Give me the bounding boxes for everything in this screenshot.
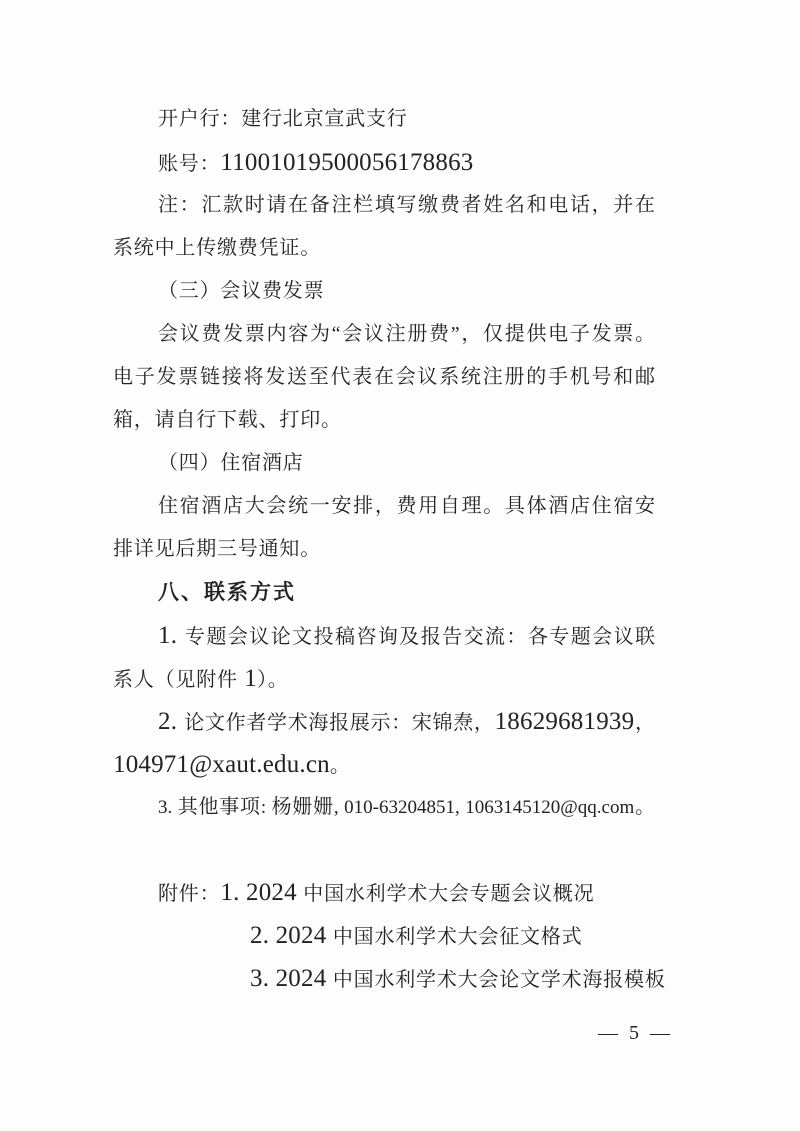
- invoice-line-2: 电子发票链接将发送至代表在会议系统注册的手机号和邮: [113, 356, 655, 399]
- blank-spacer: [113, 829, 655, 871]
- remittance-note-line-2: 系统中上传缴费凭证。: [113, 227, 655, 270]
- text-column: 开户行：建行北京宣武支行账号：11001019500056178863注：汇款时…: [113, 98, 655, 1000]
- document-page: 开户行：建行北京宣武支行账号：11001019500056178863注：汇款时…: [0, 0, 800, 1131]
- section-4-heading: （四）住宿酒店: [113, 442, 655, 485]
- account-number-line: 账号：11001019500056178863: [113, 141, 655, 184]
- contact-1-line-2: 系人（见附件 1）。: [113, 657, 655, 700]
- attachment-line-3: 3. 2024 中国水利学术大会论文学术海报模板: [113, 957, 655, 1000]
- hotel-line-2: 排详见后期三号通知。: [113, 528, 655, 571]
- invoice-line-1: 会议费发票内容为“会议注册费”，仅提供电子发票。: [113, 313, 655, 356]
- remittance-note-line-1: 注：汇款时请在备注栏填写缴费者姓名和电话，并在: [113, 184, 655, 227]
- bank-branch-line: 开户行：建行北京宣武支行: [113, 98, 655, 141]
- hotel-line-1: 住宿酒店大会统一安排，费用自理。具体酒店住宿安: [113, 485, 655, 528]
- contact-1-line-1: 1. 专题会议论文投稿咨询及报告交流：各专题会议联: [113, 614, 655, 657]
- attachment-line-1: 附件：1. 2024 中国水利学术大会专题会议概况: [113, 871, 655, 914]
- invoice-line-3: 箱，请自行下载、打印。: [113, 399, 655, 442]
- contact-3-line: 3. 其他事项: 杨姗姗, 010-63204851, 1063145120@q…: [113, 786, 655, 829]
- section-8-heading: 八、联系方式: [113, 571, 655, 614]
- contact-2-line-2: 104971@xaut.edu.cn。: [113, 743, 655, 786]
- page-number: — 5 —: [598, 1013, 673, 1053]
- contact-2-line-1: 2. 论文作者学术海报展示：宋锦焘，18629681939，: [113, 700, 655, 743]
- attachment-line-2: 2. 2024 中国水利学术大会征文格式: [113, 914, 655, 957]
- section-3-heading: （三）会议费发票: [113, 270, 655, 313]
